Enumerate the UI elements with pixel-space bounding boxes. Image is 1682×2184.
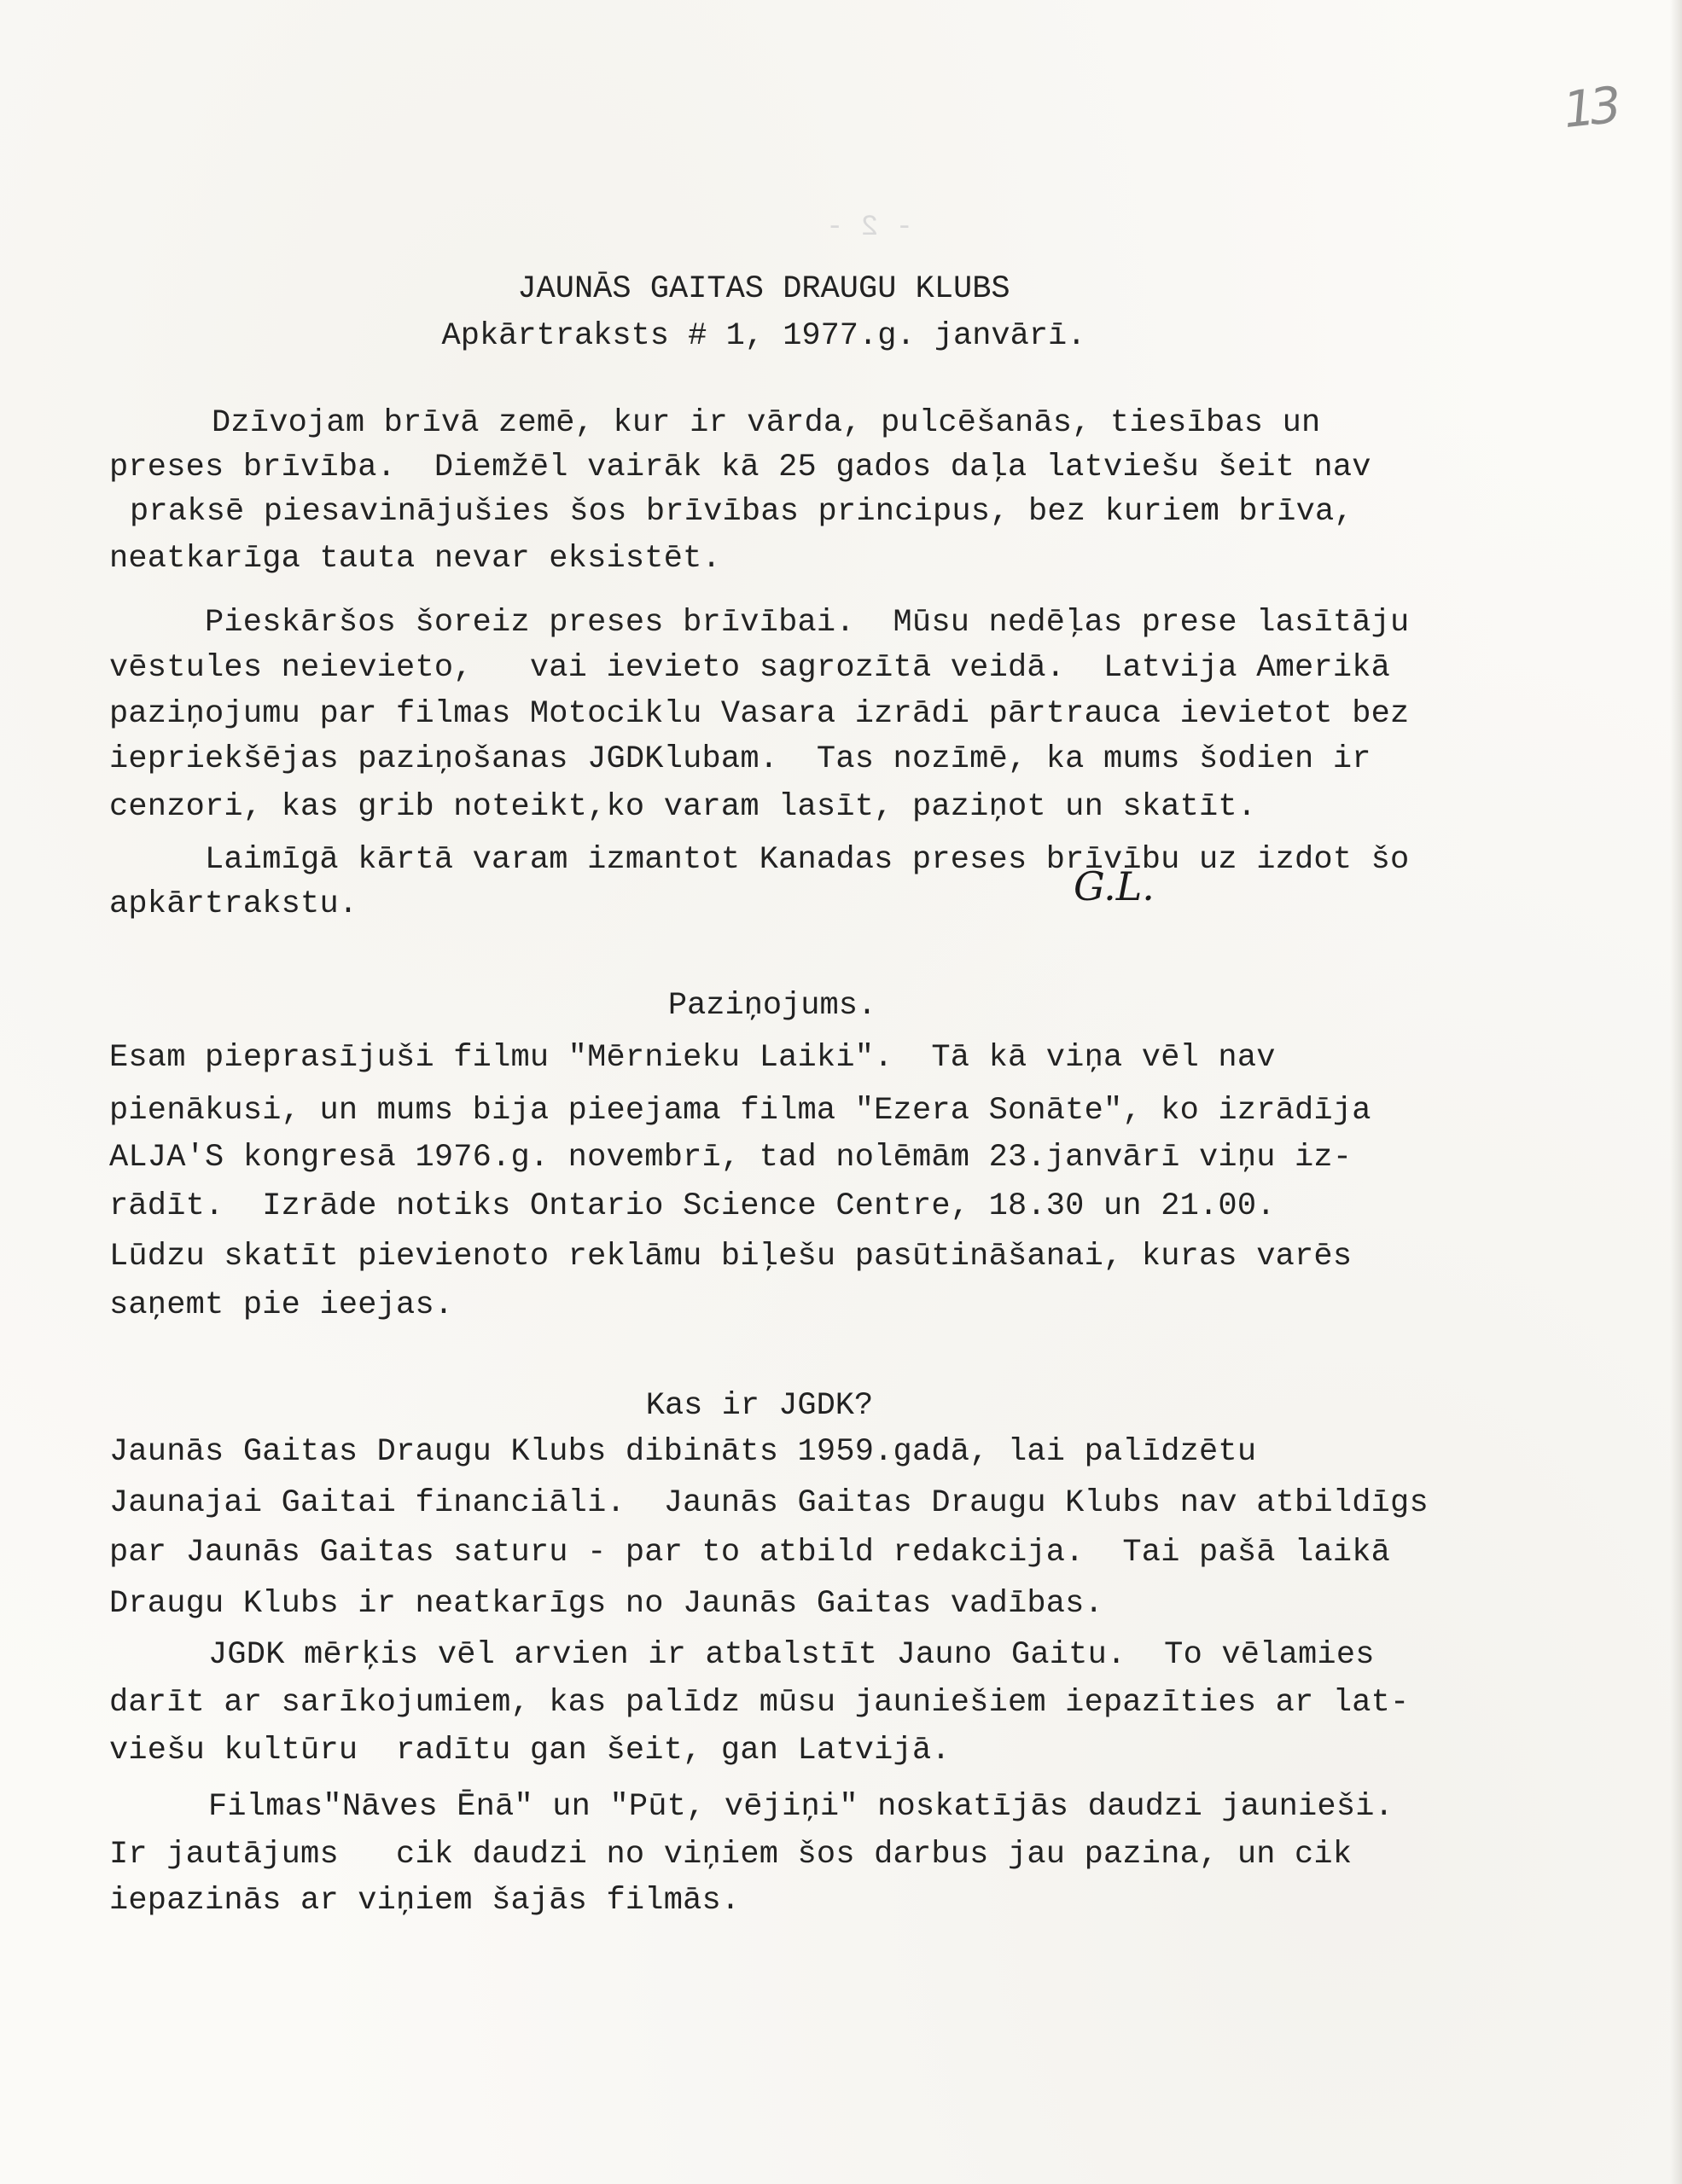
about-line: Draugu Klubs ir neatkarīgs no Jaunās Gai… (109, 1589, 1103, 1620)
announcement-line: ALJA'S kongresā 1976.g. novembrī, tad no… (109, 1142, 1352, 1174)
intro-line: apkārtrakstu. (109, 889, 358, 921)
about-line: Ir jautājums cik daudzi no viņiem šos da… (109, 1839, 1352, 1871)
announcement-heading: Paziņojums. (0, 988, 1545, 1024)
about-line: iepazinās ar viņiem šajās filmās. (109, 1885, 740, 1917)
bleed-through-page-marker: - 2 - (826, 212, 913, 244)
intro-line: cenzori, kas grib noteikt,ko varam lasīt… (109, 792, 1256, 823)
intro-line: Pieskāršos šoreiz preses brīvībai. Mūsu … (205, 607, 1409, 639)
intro-line: neatkarīga tauta nevar eksistēt. (109, 543, 721, 575)
intro-line: praksē piesavinājušies šos brīvības prin… (130, 497, 1353, 528)
announcement-line: pienākusi, un mums bija pieejama filma "… (109, 1095, 1371, 1127)
intro-line: paziņojumu par filmas Motociklu Vasara i… (109, 699, 1409, 730)
intro-line: iepriekšējas paziņošanas JGDKlubam. Tas … (109, 744, 1371, 775)
announcement-line: Lūdzu skatīt pievienoto reklāmu biļešu p… (109, 1241, 1352, 1273)
handwritten-page-number: 13 (1561, 76, 1620, 139)
about-line: JGDK mērķis vēl arvien ir atbalstīt Jaun… (208, 1640, 1375, 1671)
announcement-line: rādīt. Izrāde notiks Ontario Science Cen… (109, 1191, 1276, 1223)
about-heading: Kas ir JGDK? (0, 1388, 1519, 1424)
intro-line: Dzīvojam brīvā zemē, kur ir vārda, pulcē… (212, 408, 1320, 439)
page-edge-shadow (1670, 0, 1682, 2184)
announcement-line: Esam pieprasījuši filmu "Mērnieku Laiki"… (109, 1043, 1276, 1074)
document-subtitle: Apkārtraksts # 1, 1977.g. janvārī. (0, 318, 1528, 354)
intro-line: Laimīgā kārtā varam izmantot Kanadas pre… (205, 845, 1409, 876)
about-line: Jaunajai Gaitai financiāli. Jaunās Gaita… (109, 1488, 1429, 1519)
handwritten-signature: G.L. (1074, 863, 1155, 909)
about-line: viešu kultūru radītu gan šeit, gan Latvi… (109, 1735, 951, 1767)
document-title: JAUNĀS GAITAS DRAUGU KLUBS (0, 271, 1528, 307)
about-line: Jaunās Gaitas Draugu Klubs dibināts 1959… (109, 1437, 1256, 1468)
about-line: Filmas"Nāves Ēnā" un "Pūt, vējiņi" noska… (208, 1792, 1394, 1823)
intro-line: preses brīvība. Diemžēl vairāk kā 25 gad… (109, 452, 1371, 484)
announcement-line: saņemt pie ieejas. (109, 1290, 453, 1321)
intro-line: vēstules neievieto, vai ievieto sagrozīt… (109, 653, 1390, 684)
about-line: par Jaunās Gaitas saturu - par to atbild… (109, 1537, 1390, 1569)
about-line: darīt ar sarīkojumiem, kas palīdz mūsu j… (109, 1687, 1409, 1719)
